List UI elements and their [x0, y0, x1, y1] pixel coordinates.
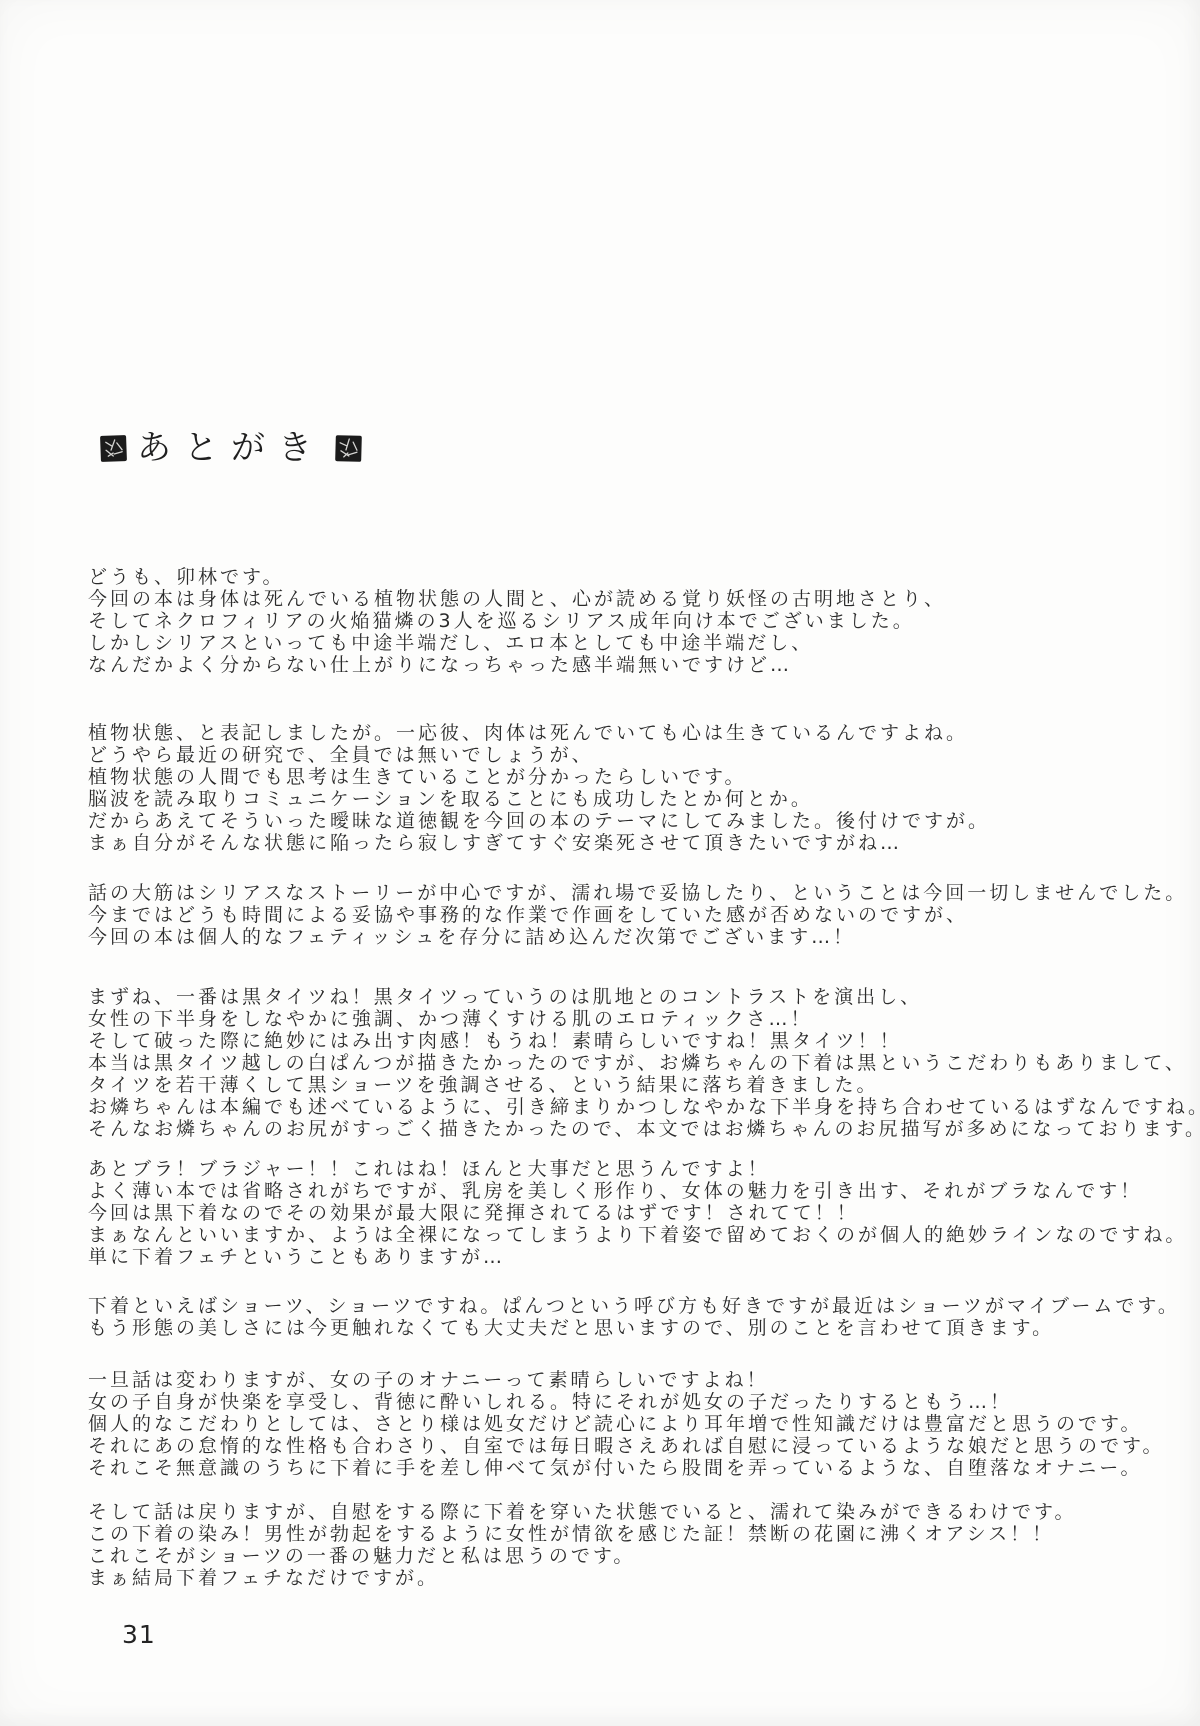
title-block: あとがき [100, 428, 362, 468]
seal-stamp-icon [335, 434, 363, 462]
text-line: 下着といえばショーツ、ショーツですね。ぱんつという呼び方も好きですが最近はショー… [88, 1295, 1190, 1317]
page-number: 31 [122, 1620, 156, 1649]
text-line: 女の子自身が快楽を享受し、背徳に酔いしれる。特にそれが処女の子だったりするともう… [88, 1391, 1190, 1413]
text-line: 脳波を読み取りコミュニケーションを取ることにも成功したとか何とか。 [88, 788, 1190, 810]
text-line: しかしシリアスといっても中途半端だし、エロ本としても中途半端だし、 [88, 632, 1190, 654]
paragraph-vegetative-state: 植物状態、と表記しましたが。一応彼、肉体は死んでいても心は生きているんですよね。… [88, 722, 1190, 854]
text-line: そしてネクロフィリアの火焔猫燐の3人を巡るシリアス成年向け本でございました。 [88, 610, 1190, 632]
text-line: 今回は黒下着なのでその効果が最大限に発揮されてるはずです！されてて！！ [88, 1202, 1190, 1224]
paragraph-closing: そして話は戻りますが、自慰をする際に下着を穿いた状態でいると、濡れて染みができる… [88, 1501, 1190, 1589]
afterword-body: どうも、卯林です。 今回の本は身体は死んでいる植物状態の人間と、心が読める覚り妖… [88, 566, 1190, 1589]
text-line: よく薄い本では省略されがちですが、乳房を美しく形作り、女体の魅力を引き出す、それ… [88, 1180, 1190, 1202]
seal-stamp-icon [100, 434, 128, 462]
paragraph-story: 話の大筋はシリアスなストーリーが中心ですが、濡れ場で妥協したり、ということは今回… [88, 882, 1190, 948]
text-line: 話の大筋はシリアスなストーリーが中心ですが、濡れ場で妥協したり、ということは今回… [88, 882, 1190, 904]
text-line: そんなお燐ちゃんのお尻がすっごく描きたかったので、本文ではお燐ちゃんのお尻描写が… [88, 1118, 1190, 1140]
text-line: これこそがショーツの一番の魅力だと私は思うのです。 [88, 1545, 1190, 1567]
text-line: なんだかよく分からない仕上がりになっちゃった感半端無いですけど… [88, 654, 1190, 676]
text-line: それこそ無意識のうちに下着に手を差し伸べて気が付いたら股間を弄っているような、自… [88, 1457, 1190, 1479]
paragraph-aside: 一旦話は変わりますが、女の子のオナニーって素晴らしいですよね！ 女の子自身が快楽… [88, 1369, 1190, 1479]
scanned-afterword-page: あとがき どうも、卯林です。 今回の本は身体は死んでいる植物状態の人間と、心が読… [0, 0, 1200, 1726]
text-line: あとブラ！ブラジャー！！これはね！ほんと大事だと思うんですよ！ [88, 1158, 1190, 1180]
text-line: だからあえてそういった曖昧な道徳観を今回の本のテーマにしてみました。後付けですが… [88, 810, 1190, 832]
text-line: 本当は黒タイツ越しの白ぱんつが描きたかったのですが、お燐ちゃんの下着は黒というこ… [88, 1052, 1190, 1074]
text-line: そして破った際に絶妙にはみ出す肉感！もうね！素晴らしいですね！黒タイツ！！ [88, 1030, 1190, 1052]
text-line: まぁなんといいますか、ようは全裸になってしまうより下着姿で留めておくのが個人的絶… [88, 1224, 1190, 1246]
text-line: 一旦話は変わりますが、女の子のオナニーって素晴らしいですよね！ [88, 1369, 1190, 1391]
text-line: 今回の本は個人的なフェティッシュを存分に詰め込んだ次第でございます…！ [88, 926, 1190, 948]
text-line: まずね、一番は黒タイツね！黒タイツっていうのは肌地とのコントラストを演出し、 [88, 986, 1190, 1008]
text-line: 単に下着フェチということもありますが… [88, 1246, 1190, 1268]
text-line: それにあの怠惰的な性格も合わさり、自室では毎日暇さえあれば自慰に浸っているような… [88, 1435, 1190, 1457]
paragraph-intro: どうも、卯林です。 今回の本は身体は死んでいる植物状態の人間と、心が読める覚り妖… [88, 566, 1190, 676]
text-line: もう形態の美しさには今更触れなくても大丈夫だと思いますので、別のことを言わせて頂… [88, 1317, 1190, 1339]
text-line: 今まではどうも時間による妥協や事務的な作業で作画をしていた感が否めないのですが、 [88, 904, 1190, 926]
page-title: あとがき [137, 428, 325, 468]
text-line: 今回の本は身体は死んでいる植物状態の人間と、心が読める覚り妖怪の古明地さとり、 [88, 588, 1190, 610]
text-line: この下着の染み！男性が勃起をするように女性が情欲を感じた証！禁断の花園に沸くオア… [88, 1523, 1190, 1545]
text-line: 植物状態の人間でも思考は生きていることが分かったらしいです。 [88, 766, 1190, 788]
text-line: タイツを若干薄くして黒ショーツを強調させる、という結果に落ち着きました。 [88, 1074, 1190, 1096]
text-line: お燐ちゃんは本編でも述べているように、引き締まりかつしなやかな下半身を持ち合わせ… [88, 1096, 1190, 1118]
text-line: 植物状態、と表記しましたが。一応彼、肉体は死んでいても心は生きているんですよね。 [88, 722, 1190, 744]
text-line: どうも、卯林です。 [88, 566, 1190, 588]
paragraph-tights: まずね、一番は黒タイツね！黒タイツっていうのは肌地とのコントラストを演出し、 女… [88, 986, 1190, 1140]
text-line: 女性の下半身をしなやかに強調、かつ薄くすける肌のエロティックさ…！ [88, 1008, 1190, 1030]
text-line: 個人的なこだわりとしては、さとり様は処女だけど読心により耳年増で性知識だけは豊富… [88, 1413, 1190, 1435]
paragraph-bra: あとブラ！ブラジャー！！これはね！ほんと大事だと思うんですよ！ よく薄い本では省… [88, 1158, 1190, 1268]
paragraph-shorts: 下着といえばショーツ、ショーツですね。ぱんつという呼び方も好きですが最近はショー… [88, 1295, 1190, 1339]
text-line: どうやら最近の研究で、全員では無いでしょうが、 [88, 744, 1190, 766]
text-line: そして話は戻りますが、自慰をする際に下着を穿いた状態でいると、濡れて染みができる… [88, 1501, 1190, 1523]
text-line: まぁ結局下着フェチなだけですが。 [88, 1567, 1190, 1589]
text-line: まぁ自分がそんな状態に陥ったら寂しすぎてすぐ安楽死させて頂きたいですがね… [88, 832, 1190, 854]
